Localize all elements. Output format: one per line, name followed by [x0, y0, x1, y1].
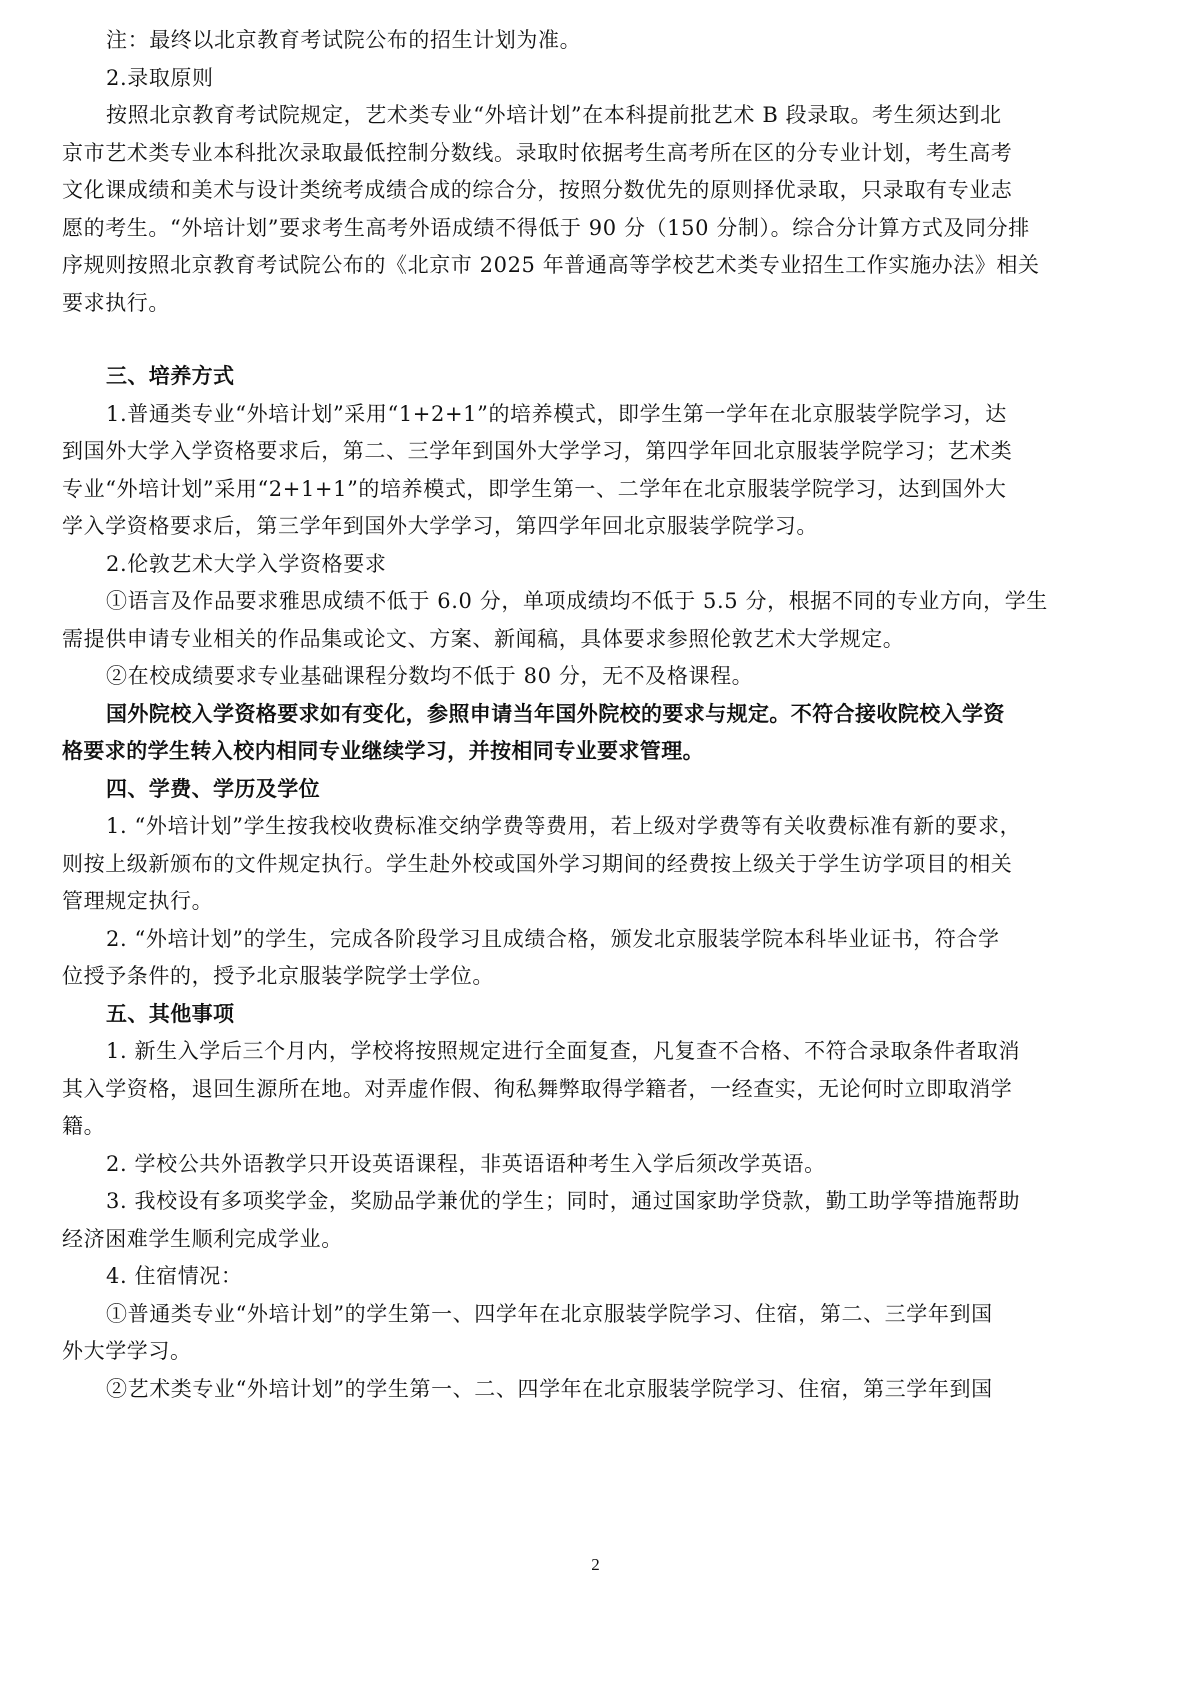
admission-heading: 2.录取原则: [62, 60, 1130, 98]
other-paragraph-line: 1. 新生入学后三个月内，学校将按照规定进行全面复查，凡复查不合格、不符合录取条…: [62, 1033, 1130, 1071]
accommodation-line: ②艺术类专业“外培计划”的学生第一、二、四学年在北京服装学院学习、住宿，第三学年…: [62, 1371, 1130, 1409]
requirement-line: 需提供申请专业相关的作品集或论文、方案、新闻稿，具体要求参照伦敦艺术大学规定。: [62, 621, 1130, 659]
page-number: 2: [0, 1555, 1191, 1575]
bold-notice-line: 格要求的学生转入校内相同专业继续学习，并按相同专业要求管理。: [62, 733, 1130, 771]
requirement-line: ②在校成绩要求专业基础课程分数均不低于 80 分，无不及格课程。: [62, 658, 1130, 696]
training-paragraph-line: 学入学资格要求后，第三学年到国外大学学习，第四学年回北京服装学院学习。: [62, 508, 1130, 546]
other-paragraph-line: 3. 我校设有多项奖学金，奖励品学兼优的学生；同时，通过国家助学贷款，勤工助学等…: [62, 1183, 1130, 1221]
training-paragraph-line: 到国外大学入学资格要求后，第二、三学年到国外大学学习，第四学年回北京服装学院学习…: [62, 433, 1130, 471]
admission-paragraph-line: 按照北京教育考试院规定，艺术类专业“外培计划”在本科提前批艺术 B 段录取。考生…: [62, 97, 1130, 135]
requirement-line: ①语言及作品要求雅思成绩不低于 6.0 分，单项成绩均不低于 5.5 分，根据不…: [62, 583, 1130, 621]
admission-paragraph-line: 京市艺术类专业本科批次录取最低控制分数线。录取时依据考生高考所在区的分专业计划，…: [62, 135, 1130, 173]
accommodation-heading: 4. 住宿情况：: [62, 1258, 1130, 1296]
degree-paragraph-line: 位授予条件的，授予北京服装学院学士学位。: [62, 958, 1130, 996]
admission-paragraph-line: 文化课成绩和美术与设计类统考成绩合成的综合分，按照分数优先的原则择优录取，只录取…: [62, 172, 1130, 210]
admission-paragraph-line: 序规则按照北京教育考试院公布的《北京市 2025 年普通高等学校艺术类专业招生工…: [62, 247, 1130, 285]
blank-spacer: [62, 322, 1130, 358]
accommodation-line: 外大学学习。: [62, 1333, 1130, 1371]
other-paragraph-line: 经济困难学生顺利完成学业。: [62, 1221, 1130, 1259]
section-heading-fees: 四、学费、学历及学位: [62, 771, 1130, 809]
other-paragraph-line: 其入学资格，退回生源所在地。对弄虚作假、徇私舞弊取得学籍者，一经查实，无论何时立…: [62, 1071, 1130, 1109]
training-paragraph-line: 专业“外培计划”采用“2+1+1”的培养模式，即学生第一、二学年在北京服装学院学…: [62, 471, 1130, 509]
section-heading-other: 五、其他事项: [62, 996, 1130, 1034]
other-paragraph-line: 籍。: [62, 1108, 1130, 1146]
fees-paragraph-line: 管理规定执行。: [62, 883, 1130, 921]
bold-notice-line: 国外院校入学资格要求如有变化，参照申请当年国外院校的要求与规定。不符合接收院校入…: [62, 696, 1130, 734]
admission-paragraph-line: 要求执行。: [62, 285, 1130, 323]
fees-paragraph-line: 则按上级新颁布的文件规定执行。学生赴外校或国外学习期间的经费按上级关于学生访学项…: [62, 846, 1130, 884]
document-page: 注：最终以北京教育考试院公布的招生计划为准。 2.录取原则 按照北京教育考试院规…: [62, 22, 1130, 1408]
admission-paragraph-line: 愿的考生。“外培计划”要求考生高考外语成绩不得低于 90 分（150 分制）。综…: [62, 210, 1130, 248]
fees-paragraph-line: 1. “外培计划”学生按我校收费标准交纳学费等费用，若上级对学费等有关收费标准有…: [62, 808, 1130, 846]
other-paragraph-line: 2. 学校公共外语教学只开设英语课程，非英语语种考生入学后须改学英语。: [62, 1146, 1130, 1184]
degree-paragraph-line: 2. “外培计划”的学生，完成各阶段学习且成绩合格，颁发北京服装学院本科毕业证书…: [62, 921, 1130, 959]
training-paragraph-line: 1.普通类专业“外培计划”采用“1+2+1”的培养模式，即学生第一学年在北京服装…: [62, 396, 1130, 434]
ual-requirements-heading: 2.伦敦艺术大学入学资格要求: [62, 546, 1130, 584]
accommodation-line: ①普通类专业“外培计划”的学生第一、四学年在北京服装学院学习、住宿，第二、三学年…: [62, 1296, 1130, 1334]
section-heading-training: 三、培养方式: [62, 358, 1130, 396]
note-line: 注：最终以北京教育考试院公布的招生计划为准。: [62, 22, 1130, 60]
